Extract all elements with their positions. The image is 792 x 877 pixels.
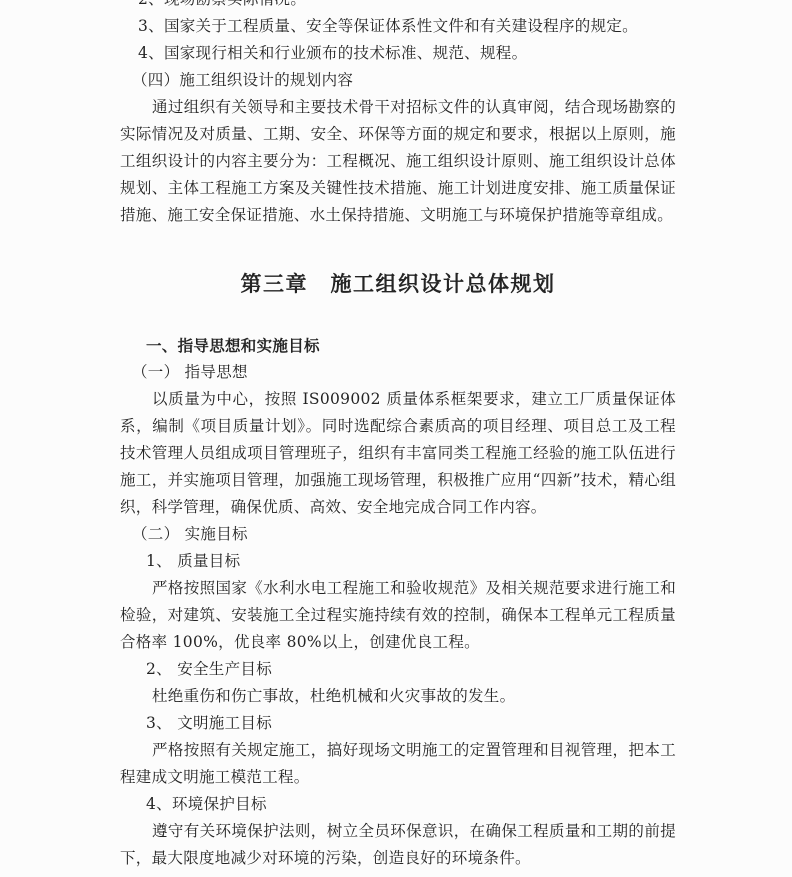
goal-4-label: 4、环境保护目标	[120, 791, 676, 818]
goal-3-body: 严格按照有关规定施工，搞好现场文明施工的定置管理和目视管理，把本工程建成文明施工…	[120, 737, 676, 791]
goal-2-body: 杜绝重伤和伤亡事故，杜绝机械和火灾事故的发生。	[120, 683, 676, 710]
section-4-heading: （四）施工组织设计的规划内容	[120, 67, 676, 94]
subsection-1-title: （一） 指导思想	[120, 359, 676, 386]
chapter-title: 第三章 施工组织设计总体规划	[120, 269, 676, 299]
goal-4-body: 遵守有关环境保护法则，树立全员环保意识，在确保工程质量和工期的前提下，最大限度地…	[120, 818, 676, 872]
list-item-4: 4、国家现行相关和行业颁布的技术标准、规范、规程。	[120, 40, 676, 67]
goal-2-label: 2、 安全生产目标	[120, 656, 676, 683]
section-1-title: 一、指导思想和实施目标	[120, 332, 676, 359]
goal-1-label: 1、 质量目标	[120, 548, 676, 575]
list-item-2-partial: 2、现场勘察实际情况。	[120, 0, 676, 13]
subsection-1-paragraph: 以质量为中心，按照 IS009002 质量体系框架要求，建立工厂质量保证体系，编…	[120, 386, 676, 521]
goal-3-label: 3、 文明施工目标	[120, 710, 676, 737]
document-page: 2、现场勘察实际情况。 3、国家关于工程质量、安全等保证体系性文件和有关建设程序…	[0, 0, 792, 877]
subsection-2-title: （二） 实施目标	[120, 521, 676, 548]
document-content: 2、现场勘察实际情况。 3、国家关于工程质量、安全等保证体系性文件和有关建设程序…	[0, 0, 792, 872]
goal-1-body: 严格按照国家《水利水电工程施工和验收规范》及相关规范要求进行施工和检验，对建筑、…	[120, 575, 676, 656]
section-4-paragraph: 通过组织有关领导和主要技术骨干对招标文件的认真审阅，结合现场勘察的实际情况及对质…	[120, 94, 676, 229]
list-item-3: 3、国家关于工程质量、安全等保证体系性文件和有关建设程序的规定。	[120, 13, 676, 40]
